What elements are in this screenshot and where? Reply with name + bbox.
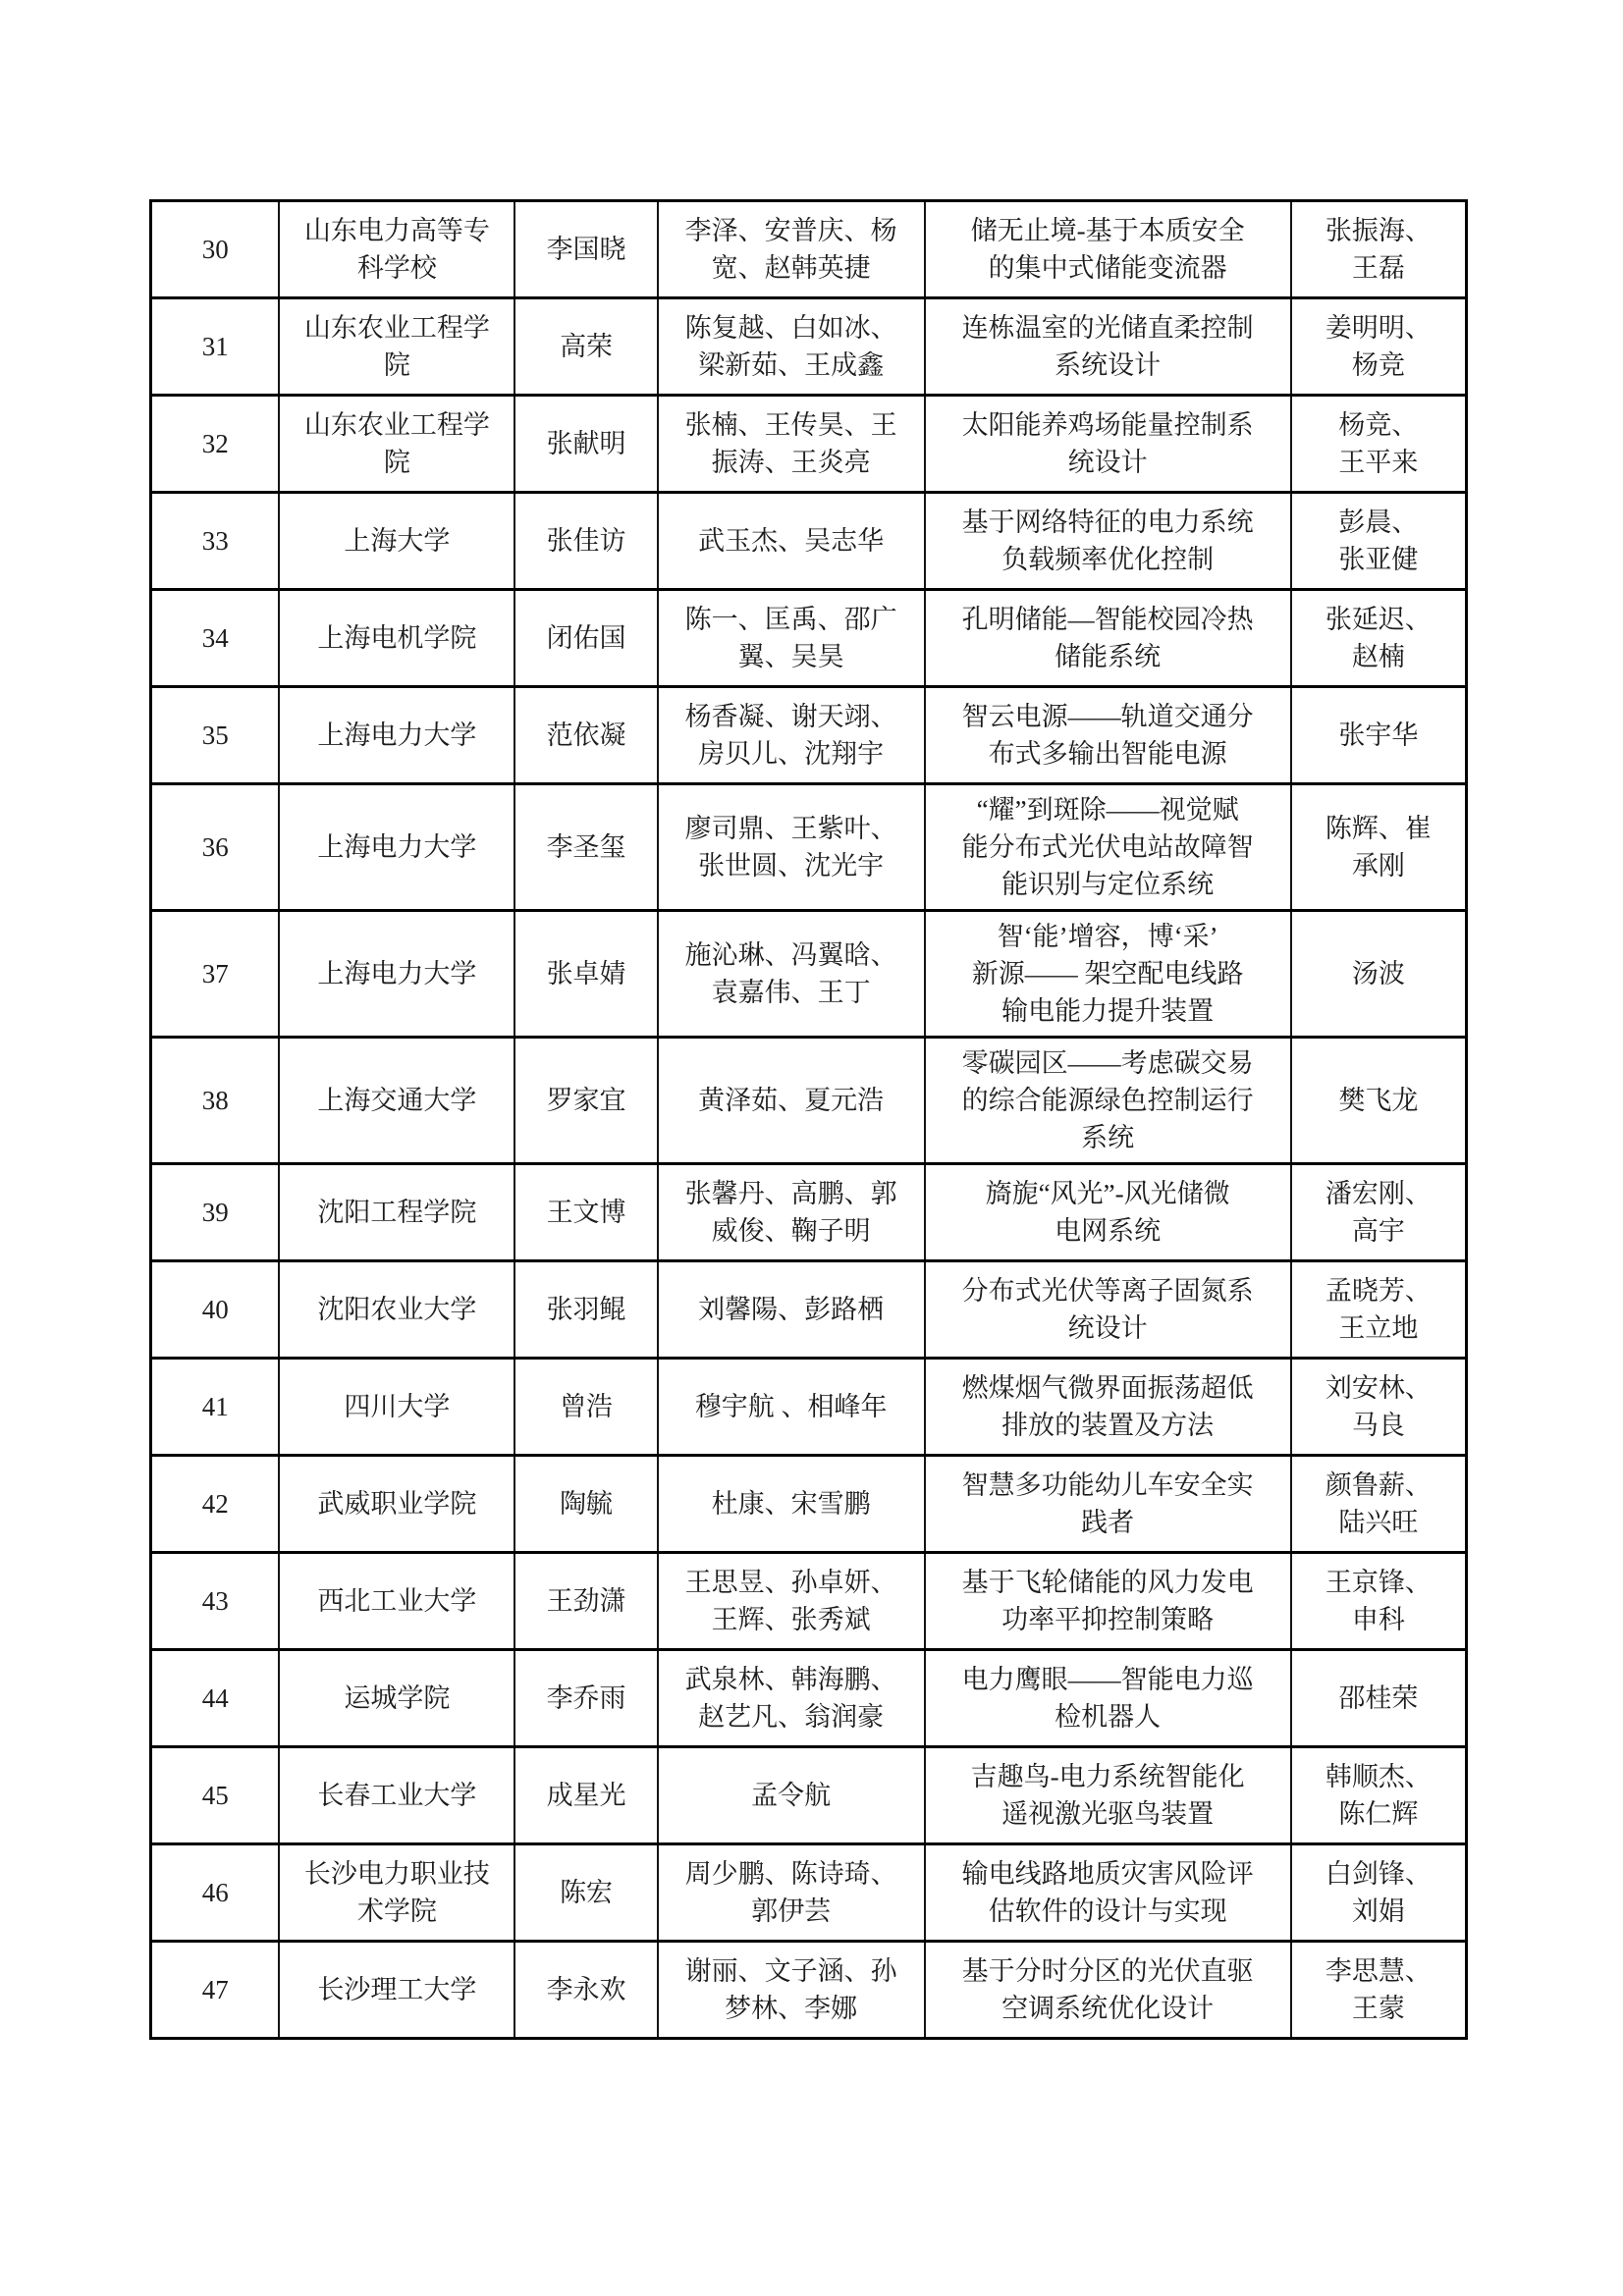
cell-serial-number: 33 <box>152 494 280 588</box>
cell-team-members: 陈复越、白如冰、 梁新茹、王成鑫 <box>659 299 926 394</box>
cell-team-leader: 闭佑国 <box>515 591 658 685</box>
cell-serial-number: 31 <box>152 299 280 394</box>
cell-team-members: 刘馨陽、彭路栖 <box>659 1262 926 1357</box>
cell-school: 山东电力高等专 科学校 <box>280 202 515 296</box>
cell-advisors: 张振海、 王磊 <box>1292 202 1465 296</box>
cell-advisors: 李思慧、 王蒙 <box>1292 1943 1465 2037</box>
cell-school: 上海电力大学 <box>280 912 515 1036</box>
cell-advisors: 杨竞、 王平来 <box>1292 397 1465 491</box>
table-row: 30 山东电力高等专 科学校 李国晓 李泽、安普庆、杨 宽、赵韩英捷 储无止境-… <box>152 202 1465 299</box>
cell-advisors: 张延迟、 赵楠 <box>1292 591 1465 685</box>
cell-project-title: 太阳能养鸡场能量控制系 统设计 <box>926 397 1292 491</box>
cell-team-members: 谢丽、文子涵、孙 梦林、李娜 <box>659 1943 926 2037</box>
cell-school: 运城学院 <box>280 1651 515 1745</box>
table-row: 41 四川大学 曾浩 穆宇航 、相峰年 燃煤烟气微界面振荡超低 排放的装置及方法… <box>152 1360 1465 1457</box>
cell-project-title: 孔明储能—智能校园冷热 储能系统 <box>926 591 1292 685</box>
cell-advisors: 潘宏刚、 高宇 <box>1292 1165 1465 1259</box>
cell-team-leader: 李永欢 <box>515 1943 658 2037</box>
cell-serial-number: 44 <box>152 1651 280 1745</box>
cell-team-members: 武玉杰、吴志华 <box>659 494 926 588</box>
cell-school: 长春工业大学 <box>280 1748 515 1842</box>
cell-advisors: 彭晨、 张亚健 <box>1292 494 1465 588</box>
cell-team-members: 武泉林、韩海鹏、 赵艺凡、翁润豪 <box>659 1651 926 1745</box>
cell-team-members: 廖司鼎、王紫叶、 张世圆、沈光宇 <box>659 785 926 909</box>
table-row: 47 长沙理工大学 李永欢 谢丽、文子涵、孙 梦林、李娜 基于分时分区的光伏直驱… <box>152 1943 1465 2037</box>
cell-advisors: 刘安林、 马良 <box>1292 1360 1465 1454</box>
cell-serial-number: 34 <box>152 591 280 685</box>
cell-school: 上海交通大学 <box>280 1039 515 1162</box>
cell-team-members: 杜康、宋雪鹏 <box>659 1457 926 1551</box>
table-row: 33 上海大学 张佳访 武玉杰、吴志华 基于网络特征的电力系统 负载频率优化控制… <box>152 494 1465 591</box>
table-row: 34 上海电机学院 闭佑国 陈一、匡禹、邵广 翼、吴昊 孔明储能—智能校园冷热 … <box>152 591 1465 688</box>
table-row: 42 武威职业学院 陶毓 杜康、宋雪鹏 智慧多功能幼儿车安全实 践者 颜鲁薪、 … <box>152 1457 1465 1554</box>
cell-team-members: 陈一、匡禹、邵广 翼、吴昊 <box>659 591 926 685</box>
cell-project-title: “耀”到斑除——视觉赋 能分布式光伏电站故障智 能识别与定位系统 <box>926 785 1292 909</box>
cell-advisors: 王京锋、 申科 <box>1292 1554 1465 1648</box>
cell-school: 武威职业学院 <box>280 1457 515 1551</box>
cell-school: 长沙电力职业技 术学院 <box>280 1845 515 1940</box>
cell-school: 山东农业工程学 院 <box>280 299 515 394</box>
cell-team-members: 孟令航 <box>659 1748 926 1842</box>
cell-team-leader: 王劲潇 <box>515 1554 658 1648</box>
table-row: 37 上海电力大学 张卓婧 施沁琳、冯翼晗、 袁嘉伟、王丁 智‘能’增容，博‘采… <box>152 912 1465 1039</box>
cell-school: 上海电机学院 <box>280 591 515 685</box>
table-row: 31 山东农业工程学 院 高荣 陈复越、白如冰、 梁新茹、王成鑫 连栋温室的光储… <box>152 299 1465 397</box>
cell-advisors: 姜明明、 杨竞 <box>1292 299 1465 394</box>
cell-advisors: 韩顺杰、 陈仁辉 <box>1292 1748 1465 1842</box>
table-row: 45 长春工业大学 成星光 孟令航 吉趣鸟-电力系统智能化 遥视激光驱鸟装置 韩… <box>152 1748 1465 1845</box>
cell-serial-number: 40 <box>152 1262 280 1357</box>
cell-project-title: 电力鹰眼——智能电力巡 检机器人 <box>926 1651 1292 1745</box>
table-row: 46 长沙电力职业技 术学院 陈宏 周少鹏、陈诗琦、 郭伊芸 输电线路地质灾害风… <box>152 1845 1465 1943</box>
cell-team-members: 黄泽茹、夏元浩 <box>659 1039 926 1162</box>
cell-serial-number: 46 <box>152 1845 280 1940</box>
table-row: 38 上海交通大学 罗家宜 黄泽茹、夏元浩 零碳园区——考虑碳交易 的综合能源绿… <box>152 1039 1465 1165</box>
table-row: 44 运城学院 李乔雨 武泉林、韩海鹏、 赵艺凡、翁润豪 电力鹰眼——智能电力巡… <box>152 1651 1465 1748</box>
table-row: 40 沈阳农业大学 张羽鲲 刘馨陽、彭路栖 分布式光伏等离子固氮系 统设计 孟晓… <box>152 1262 1465 1360</box>
cell-team-members: 穆宇航 、相峰年 <box>659 1360 926 1454</box>
table-row: 43 西北工业大学 王劲潇 王思昱、孙卓妍、 王辉、张秀斌 基于飞轮储能的风力发… <box>152 1554 1465 1651</box>
cell-project-title: 吉趣鸟-电力系统智能化 遥视激光驱鸟装置 <box>926 1748 1292 1842</box>
cell-advisors: 张宇华 <box>1292 688 1465 782</box>
cell-project-title: 智‘能’增容，博‘采’ 新源—— 架空配电线路 输电能力提升装置 <box>926 912 1292 1036</box>
cell-team-leader: 成星光 <box>515 1748 658 1842</box>
cell-team-leader: 张卓婧 <box>515 912 658 1036</box>
cell-team-members: 李泽、安普庆、杨 宽、赵韩英捷 <box>659 202 926 296</box>
cell-school: 西北工业大学 <box>280 1554 515 1648</box>
cell-advisors: 汤波 <box>1292 912 1465 1036</box>
table-row: 36 上海电力大学 李圣玺 廖司鼎、王紫叶、 张世圆、沈光宇 “耀”到斑除——视… <box>152 785 1465 912</box>
cell-team-leader: 陈宏 <box>515 1845 658 1940</box>
cell-project-title: 旖旎“风光”-风光储微 电网系统 <box>926 1165 1292 1259</box>
cell-project-title: 基于网络特征的电力系统 负载频率优化控制 <box>926 494 1292 588</box>
cell-serial-number: 42 <box>152 1457 280 1551</box>
cell-advisors: 颜鲁薪、 陆兴旺 <box>1292 1457 1465 1551</box>
cell-school: 沈阳工程学院 <box>280 1165 515 1259</box>
cell-serial-number: 38 <box>152 1039 280 1162</box>
cell-school: 山东农业工程学 院 <box>280 397 515 491</box>
cell-project-title: 智云电源——轨道交通分 布式多输出智能电源 <box>926 688 1292 782</box>
cell-project-title: 储无止境-基于本质安全 的集中式储能变流器 <box>926 202 1292 296</box>
cell-project-title: 基于分时分区的光伏直驱 空调系统优化设计 <box>926 1943 1292 2037</box>
cell-advisors: 白剑锋、 刘娟 <box>1292 1845 1465 1940</box>
cell-advisors: 孟晓芳、 王立地 <box>1292 1262 1465 1357</box>
document-page: 30 山东电力高等专 科学校 李国晓 李泽、安普庆、杨 宽、赵韩英捷 储无止境-… <box>0 0 1623 2296</box>
cell-serial-number: 45 <box>152 1748 280 1842</box>
cell-serial-number: 30 <box>152 202 280 296</box>
cell-project-title: 燃煤烟气微界面振荡超低 排放的装置及方法 <box>926 1360 1292 1454</box>
cell-project-title: 连栋温室的光储直柔控制 系统设计 <box>926 299 1292 394</box>
cell-project-title: 零碳园区——考虑碳交易 的综合能源绿色控制运行 系统 <box>926 1039 1292 1162</box>
cell-team-members: 王思昱、孙卓妍、 王辉、张秀斌 <box>659 1554 926 1648</box>
cell-project-title: 智慧多功能幼儿车安全实 践者 <box>926 1457 1292 1551</box>
cell-team-leader: 范依凝 <box>515 688 658 782</box>
cell-serial-number: 32 <box>152 397 280 491</box>
cell-school: 上海大学 <box>280 494 515 588</box>
cell-team-members: 周少鹏、陈诗琦、 郭伊芸 <box>659 1845 926 1940</box>
cell-advisors: 陈辉、崔 承刚 <box>1292 785 1465 909</box>
cell-team-leader: 罗家宜 <box>515 1039 658 1162</box>
cell-serial-number: 37 <box>152 912 280 1036</box>
cell-serial-number: 35 <box>152 688 280 782</box>
cell-advisors: 樊飞龙 <box>1292 1039 1465 1162</box>
cell-school: 上海电力大学 <box>280 688 515 782</box>
cell-school: 长沙理工大学 <box>280 1943 515 2037</box>
cell-team-leader: 张羽鲲 <box>515 1262 658 1357</box>
cell-team-members: 施沁琳、冯翼晗、 袁嘉伟、王丁 <box>659 912 926 1036</box>
cell-team-leader: 曾浩 <box>515 1360 658 1454</box>
cell-serial-number: 36 <box>152 785 280 909</box>
cell-team-members: 杨香凝、谢天翊、 房贝儿、沈翔宇 <box>659 688 926 782</box>
cell-school: 四川大学 <box>280 1360 515 1454</box>
cell-team-leader: 张献明 <box>515 397 658 491</box>
cell-team-leader: 张佳访 <box>515 494 658 588</box>
cell-team-leader: 高荣 <box>515 299 658 394</box>
cell-advisors: 邵桂荣 <box>1292 1651 1465 1745</box>
cell-team-leader: 陶毓 <box>515 1457 658 1551</box>
table-row: 32 山东农业工程学 院 张献明 张楠、王传昊、王 振涛、王炎亮 太阳能养鸡场能… <box>152 397 1465 494</box>
cell-team-leader: 李圣玺 <box>515 785 658 909</box>
table-row: 39 沈阳工程学院 王文博 张馨丹、高鹏、郭 威俊、鞠子明 旖旎“风光”-风光储… <box>152 1165 1465 1262</box>
cell-team-members: 张楠、王传昊、王 振涛、王炎亮 <box>659 397 926 491</box>
cell-school: 沈阳农业大学 <box>280 1262 515 1357</box>
cell-school: 上海电力大学 <box>280 785 515 909</box>
cell-serial-number: 43 <box>152 1554 280 1648</box>
cell-serial-number: 47 <box>152 1943 280 2037</box>
cell-project-title: 输电线路地质灾害风险评 估软件的设计与实现 <box>926 1845 1292 1940</box>
cell-serial-number: 41 <box>152 1360 280 1454</box>
cell-project-title: 基于飞轮储能的风力发电 功率平抑控制策略 <box>926 1554 1292 1648</box>
cell-team-leader: 李国晓 <box>515 202 658 296</box>
cell-serial-number: 39 <box>152 1165 280 1259</box>
cell-team-leader: 王文博 <box>515 1165 658 1259</box>
award-table: 30 山东电力高等专 科学校 李国晓 李泽、安普庆、杨 宽、赵韩英捷 储无止境-… <box>149 199 1468 2040</box>
cell-project-title: 分布式光伏等离子固氮系 统设计 <box>926 1262 1292 1357</box>
cell-team-members: 张馨丹、高鹏、郭 威俊、鞠子明 <box>659 1165 926 1259</box>
table-row: 35 上海电力大学 范依凝 杨香凝、谢天翊、 房贝儿、沈翔宇 智云电源——轨道交… <box>152 688 1465 785</box>
cell-team-leader: 李乔雨 <box>515 1651 658 1745</box>
